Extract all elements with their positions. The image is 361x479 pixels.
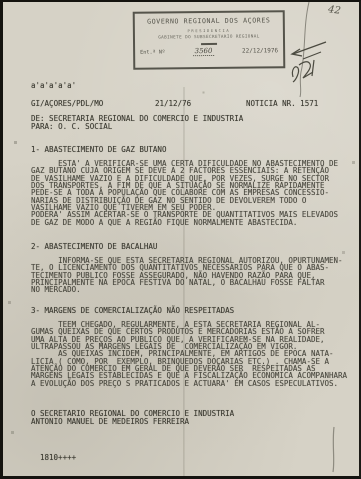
- section-1-body: ESTA' A VERIFICAR-SE UMA CERTA DIFICULDA…: [31, 160, 338, 226]
- handwritten-initials: [292, 60, 314, 82]
- to-line: PARA: O. C. SOCIAL: [31, 123, 112, 130]
- origin-code: GI/AÇORES/PDL/MO: [31, 100, 103, 107]
- stamp-entry-number: 3560: [193, 46, 215, 55]
- signature-name: ANTONIO MANUEL DE MEDEIROS FERREIRA: [31, 418, 189, 425]
- stamp-entry-label: Ent.ª Nº: [140, 49, 165, 55]
- handwritten-arrow-second-line: [303, 52, 321, 59]
- fold-crease-right-bottom: [333, 427, 334, 472]
- section-3-body: TEEM CHEGADO, REGULARMENTE, A ESTA SECRE…: [31, 321, 347, 387]
- section-2-body: INFORMA-SE QUE ESTA SECRETARIA REGIONAL …: [31, 257, 343, 294]
- handwritten-arrow-shaft: [293, 42, 326, 54]
- section-3-heading: 3- MARGENS DE COMERCIALIZAÇÃO NÃO RESPEI…: [31, 307, 234, 314]
- stamp-office-line: GABINETE DO SUBSECRETARIO REGIONAL: [135, 34, 283, 41]
- section-1-heading: 1- ABASTECIMENTO DE GAZ BUTANO: [31, 146, 166, 153]
- section-2-heading: 2- ABASTECIMENTO DE BACALHAU: [31, 243, 157, 250]
- handwritten-arrow-head: [292, 49, 302, 56]
- message-date: 21/12/76: [155, 100, 191, 107]
- fold-crease-right-top: [300, 2, 309, 97]
- paper-specks: [3, 2, 4, 3]
- stamp-date: 22/12/1976: [242, 47, 278, 54]
- stamp-government-title: GOVERNO REGIONAL DOS AÇORES: [135, 16, 283, 26]
- document-scan: GOVERNO REGIONAL DOS AÇORES PRESIDENCIA …: [0, 0, 361, 479]
- typed-marks: a'a'a'a'a': [31, 82, 76, 89]
- notice-number: NOTICIA NR. 1571: [246, 100, 318, 107]
- handwritten-corner-note: 42: [328, 4, 342, 17]
- transmission-code: 1810++++: [40, 454, 76, 461]
- stamp-presidency-line: PRESIDENCIA: [135, 27, 283, 34]
- handwriting-and-creases: [3, 2, 361, 479]
- office-stamp: GOVERNO REGIONAL DOS AÇORES PRESIDENCIA …: [133, 10, 286, 70]
